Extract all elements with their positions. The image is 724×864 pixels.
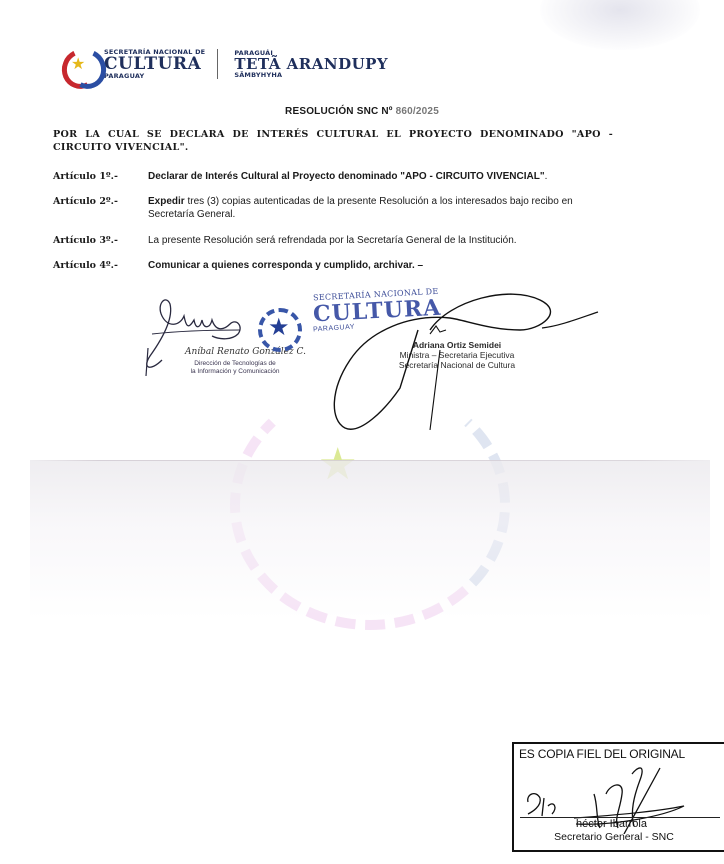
org-logo-guarani: PARAGUÁI TETÃ ARANDUPY SÃMBYHYHA bbox=[234, 50, 388, 78]
article-2: Artículo 2º.- Expedir tres (3) copias au… bbox=[53, 196, 613, 221]
article-label: Artículo 1º.- bbox=[53, 171, 148, 184]
secretary-role: Secretario General - SNC bbox=[514, 831, 714, 843]
org2-name: TETÃ ARANDUPY bbox=[234, 57, 388, 72]
article-4: Artículo 4º.- Comunicar a quienes corres… bbox=[53, 260, 613, 273]
article-label: Artículo 4º.- bbox=[53, 260, 148, 273]
letterhead: ★ SECRETARÍA NACIONAL DE CULTURA PARAGUA… bbox=[60, 47, 388, 81]
article-label: Artículo 3º.- bbox=[53, 235, 148, 248]
handwritten-signature-minister bbox=[290, 290, 600, 430]
article-label: Artículo 2º.- bbox=[53, 196, 148, 221]
secretary-name: héctor Ibarrola bbox=[514, 818, 709, 830]
resolution-subject: POR LA CUAL SE DECLARA DE INTERÉS CULTUR… bbox=[53, 128, 613, 154]
article-text: Declarar de Interés Cultural al Proyecto… bbox=[148, 171, 613, 184]
signer-dept-left: Dirección de Tecnologías de la Informaci… bbox=[170, 360, 300, 376]
paper-fold-edge bbox=[30, 460, 710, 461]
resolution-title: RESOLUCIÓN SNC Nº 860/2025 bbox=[0, 106, 724, 117]
paraguay-emblem-icon: ★ bbox=[60, 47, 98, 81]
paper-fold-shadow bbox=[30, 460, 710, 620]
org-name: CULTURA bbox=[104, 56, 205, 73]
article-text: Comunicar a quienes corresponda y cumpli… bbox=[148, 260, 613, 273]
scan-smudge bbox=[540, 0, 700, 50]
article-1: Artículo 1º.- Declarar de Interés Cultur… bbox=[53, 171, 613, 184]
header-divider bbox=[217, 49, 218, 79]
article-text: Expedir tres (3) copias autenticadas de … bbox=[148, 196, 613, 221]
org-logo-cultura: SECRETARÍA NACIONAL DE CULTURA PARAGUAY bbox=[104, 49, 205, 80]
certified-copy-stamp: ES COPIA FIEL DEL ORIGINAL héctor Ibarro… bbox=[512, 742, 724, 852]
article-text: La presente Resolución será refrendada p… bbox=[148, 235, 613, 248]
resolution-prefix: RESOLUCIÓN SNC Nº bbox=[285, 106, 396, 117]
article-3: Artículo 3º.- La presente Resolución ser… bbox=[53, 235, 613, 248]
resolution-number: 860/2025 bbox=[396, 106, 439, 117]
